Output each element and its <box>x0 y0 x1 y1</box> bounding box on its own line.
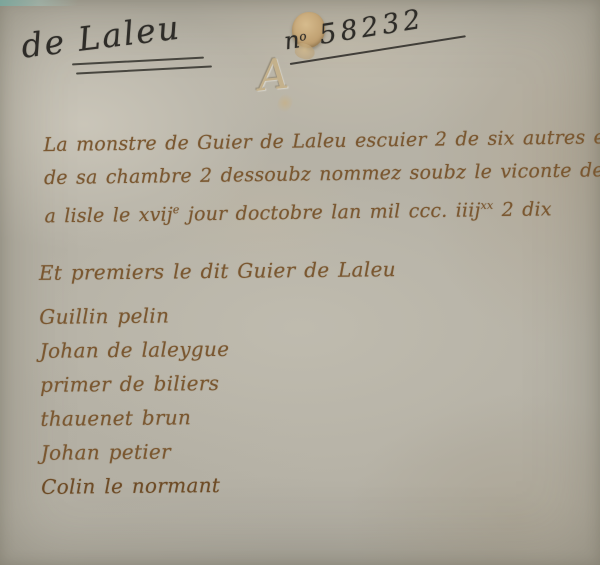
muster-roll-line: Colin le normant <box>41 466 398 504</box>
manuscript-photo: A de Laleu no 58232 La monstre de Guier … <box>0 0 600 565</box>
archive-label: de Laleu <box>19 1 235 86</box>
muster-roll-line: thauenet brun <box>40 398 397 436</box>
muster-roll-line: Johan petier <box>41 432 398 470</box>
muster-roll-list: Et premiers le dit Guier de Laleu Guilli… <box>39 252 399 504</box>
photo-edge-artifact <box>0 0 78 6</box>
heading-line-3-post: 2 dix <box>493 198 552 221</box>
catalog-number: no 58232 <box>282 0 484 56</box>
muster-roll-line: primer de biliers <box>40 364 397 402</box>
muster-heading-paragraph: La monstre de Guier de Laleu escuier 2 d… <box>43 119 600 233</box>
muster-roll-line: Johan de laleygue <box>40 330 397 368</box>
heading-line-3-pre: a lisle le xvij <box>44 204 173 228</box>
catalog-prefix-sup: o <box>298 29 307 44</box>
heading-line-3-mid: jour doctobre lan mil ccc. iiij <box>180 199 481 225</box>
muster-roll-line: Et premiers le dit Guier de Laleu <box>39 252 396 290</box>
muster-roll-line: Guillin pelin <box>39 296 396 334</box>
heading-line-3-sup2: xx <box>480 199 493 212</box>
archive-label-text: de Laleu <box>19 8 183 66</box>
